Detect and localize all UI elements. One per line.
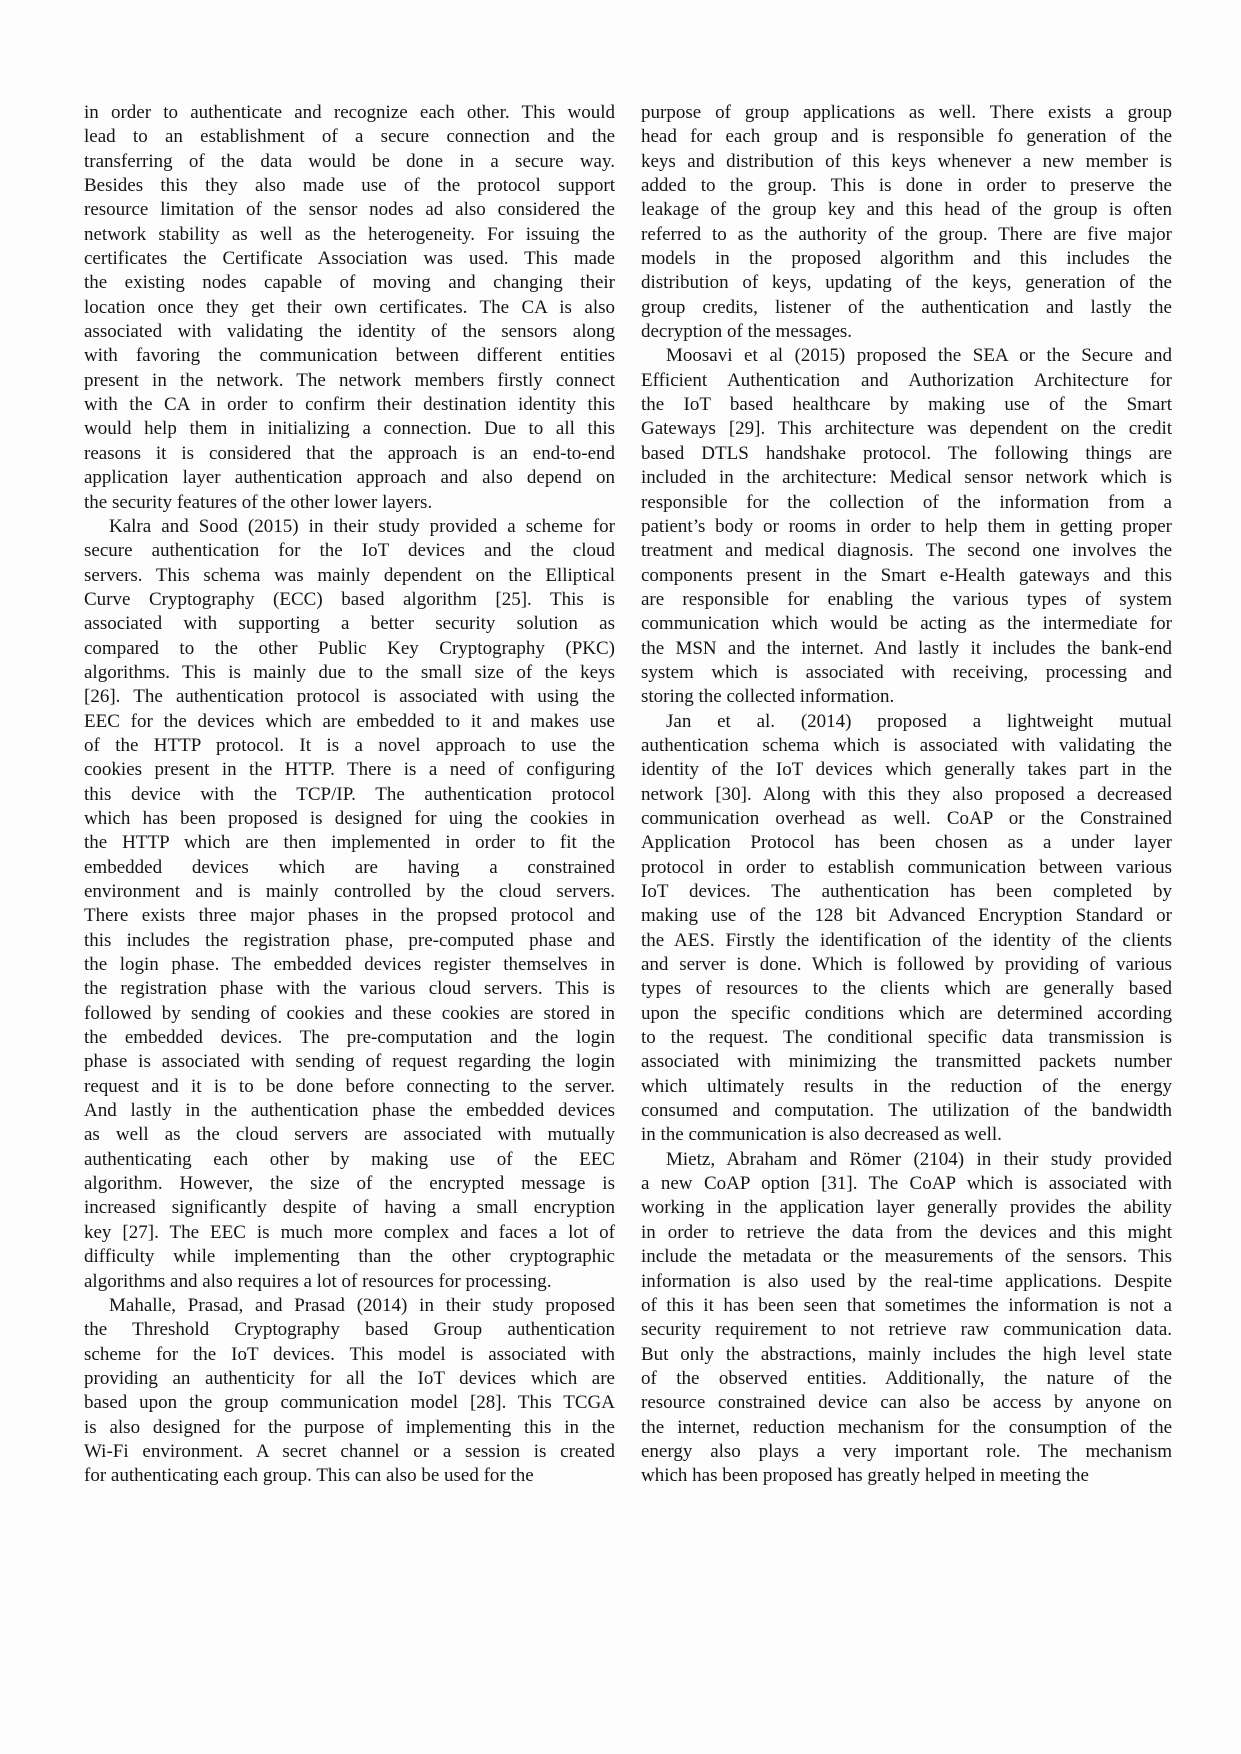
text-line: the Threshold Cryptography based Group a… [84,1318,615,1342]
text-line: decryption of the messages. [641,320,1172,344]
text-line: IoT devices. The authentication has been… [641,880,1172,904]
text-line: algorithms and also requires a lot of re… [84,1270,615,1294]
text-line: as well as the cloud servers are associa… [84,1123,615,1147]
text-line: Application Protocol has been chosen as … [641,831,1172,855]
text-line: communication which would be acting as t… [641,612,1172,636]
text-line: components present in the Smart e-Health… [641,564,1172,588]
text-line: included in the architecture: Medical se… [641,466,1172,490]
text-line: responsible for the collection of the in… [641,491,1172,515]
text-line: security requirement to not retrieve raw… [641,1318,1172,1342]
text-line: based upon the group communication model… [84,1391,615,1415]
page-content: in order to authenticate and recognize e… [84,101,1172,1489]
text-line: are responsible for enabling the various… [641,588,1172,612]
text-line: certificates the Certificate Association… [84,247,615,271]
text-line: of this it has been seen that sometimes … [641,1294,1172,1318]
text-line: authentication schema which is associate… [641,734,1172,758]
text-line: patient’s body or rooms in order to help… [641,515,1172,539]
text-line: with the CA in order to confirm their de… [84,393,615,417]
text-line: the registration phase with the various … [84,977,615,1001]
text-line: making use of the 128 bit Advanced Encry… [641,904,1172,928]
text-line: this device with the TCP/IP. The authent… [84,783,615,807]
text-line: keys and distribution of this keys whene… [641,150,1172,174]
text-line: algorithms. This is mainly due to the sm… [84,661,615,685]
text-line: Gateways [29]. This architecture was dep… [641,417,1172,441]
text-line: distribution of keys, updating of the ke… [641,271,1172,295]
text-line: associated with minimizing the transmitt… [641,1050,1172,1074]
text-line: types of resources to the clients which … [641,977,1172,1001]
text-line: a new CoAP option [31]. The CoAP which i… [641,1172,1172,1196]
text-line: Wi-Fi environment. A secret channel or a… [84,1440,615,1464]
text-line: this includes the registration phase, pr… [84,929,615,953]
text-line: Efficient Authentication and Authorizati… [641,369,1172,393]
text-line: group credits, listener of the authentic… [641,296,1172,320]
text-line: phase is associated with sending of requ… [84,1050,615,1074]
text-line: based DTLS handshake protocol. The follo… [641,442,1172,466]
text-line: network stability as well as the heterog… [84,223,615,247]
text-line: key [27]. The EEC is much more complex a… [84,1221,615,1245]
text-line: But only the abstractions, mainly includ… [641,1343,1172,1367]
text-line: the login phase. The embedded devices re… [84,953,615,977]
text-line: servers. This schema was mainly dependen… [84,564,615,588]
text-line: to the request. The conditional specific… [641,1026,1172,1050]
text-line: difficulty while implementing than the o… [84,1245,615,1269]
text-line: the internet, reduction mechanism for th… [641,1416,1172,1440]
text-line: which has been proposed has greatly help… [641,1464,1172,1488]
text-line: increased significantly despite of havin… [84,1196,615,1220]
text-line: which ultimately results in the reductio… [641,1075,1172,1099]
text-line: environment and is mainly controlled by … [84,880,615,904]
text-line: providing an authenticity for all the Io… [84,1367,615,1391]
text-line: associated with supporting a better secu… [84,612,615,636]
text-line: Besides this they also made use of the p… [84,174,615,198]
text-line: There exists three major phases in the p… [84,904,615,928]
text-line: present in the network. The network memb… [84,369,615,393]
text-line: Kalra and Sood (2015) in their study pro… [84,515,615,539]
text-line: secure authentication for the IoT device… [84,539,615,563]
text-line: communication overhead as well. CoAP or … [641,807,1172,831]
text-line: Jan et al. (2014) proposed a lightweight… [641,710,1172,734]
text-line: the HTTP which are then implemented in o… [84,831,615,855]
text-line: Mietz, Abraham and Römer (2104) in their… [641,1148,1172,1172]
text-line: lead to an establishment of a secure con… [84,125,615,149]
text-line: [26]. The authentication protocol is ass… [84,685,615,709]
text-line: leakage of the group key and this head o… [641,198,1172,222]
text-line: Mahalle, Prasad, and Prasad (2014) in th… [84,1294,615,1318]
text-line: the AES. Firstly the identification of t… [641,929,1172,953]
text-line: embedded devices which are having a cons… [84,856,615,880]
text-line: storing the collected information. [641,685,1172,709]
text-line: in order to retrieve the data from the d… [641,1221,1172,1245]
text-line: request and it is to be done before conn… [84,1075,615,1099]
text-line: the MSN and the internet. And lastly it … [641,637,1172,661]
text-line: for authenticating each group. This can … [84,1464,615,1488]
text-line: in the communication is also decreased a… [641,1123,1172,1147]
text-line: referred to as the authority of the grou… [641,223,1172,247]
text-line: of the observed entities. Additionally, … [641,1367,1172,1391]
text-line: purpose of group applications as well. T… [641,101,1172,125]
text-line: cookies present in the HTTP. There is a … [84,758,615,782]
text-column-left: in order to authenticate and recognize e… [84,101,615,1489]
text-line: the embedded devices. The pre-computatio… [84,1026,615,1050]
text-line: with favoring the communication between … [84,344,615,368]
text-line: working in the application layer general… [641,1196,1172,1220]
text-line: head for each group and is responsible f… [641,125,1172,149]
text-line: algorithm. However, the size of the encr… [84,1172,615,1196]
text-line: system which is associated with receivin… [641,661,1172,685]
text-line: added to the group. This is done in orde… [641,174,1172,198]
text-line: location once they get their own certifi… [84,296,615,320]
text-line: models in the proposed algorithm and thi… [641,247,1172,271]
text-line: Moosavi et al (2015) proposed the SEA or… [641,344,1172,368]
text-column-right: purpose of group applications as well. T… [641,101,1172,1489]
text-line: transferring of the data would be done i… [84,150,615,174]
text-line: scheme for the IoT devices. This model i… [84,1343,615,1367]
text-line: network [30]. Along with this they also … [641,783,1172,807]
text-line: which has been proposed is designed for … [84,807,615,831]
text-line: in order to authenticate and recognize e… [84,101,615,125]
text-line: include the metadata or the measurements… [641,1245,1172,1269]
paper-page: in order to authenticate and recognize e… [0,0,1241,1754]
text-line: associated with validating the identity … [84,320,615,344]
text-line: treatment and medical diagnosis. The sec… [641,539,1172,563]
text-line: the IoT based healthcare by making use o… [641,393,1172,417]
text-line: And lastly in the authentication phase t… [84,1099,615,1123]
text-line: protocol in order to establish communica… [641,856,1172,880]
text-line: reasons it is considered that the approa… [84,442,615,466]
text-line: resource limitation of the sensor nodes … [84,198,615,222]
text-line: upon the specific conditions which are d… [641,1002,1172,1026]
text-line: compared to the other Public Key Cryptog… [84,637,615,661]
text-line: energy also plays a very important role.… [641,1440,1172,1464]
text-line: information is also used by the real-tim… [641,1270,1172,1294]
text-line: Curve Cryptography (ECC) based algorithm… [84,588,615,612]
text-line: and server is done. Which is followed by… [641,953,1172,977]
text-line: of the HTTP protocol. It is a novel appr… [84,734,615,758]
text-line: consumed and computation. The utilizatio… [641,1099,1172,1123]
text-line: resource constrained device can also be … [641,1391,1172,1415]
text-line: the existing nodes capable of moving and… [84,271,615,295]
text-line: would help them in initializing a connec… [84,417,615,441]
text-line: authenticating each other by making use … [84,1148,615,1172]
text-line: application layer authentication approac… [84,466,615,490]
text-line: identity of the IoT devices which genera… [641,758,1172,782]
text-line: is also designed for the purpose of impl… [84,1416,615,1440]
text-line: followed by sending of cookies and these… [84,1002,615,1026]
text-line: the security features of the other lower… [84,491,615,515]
text-line: EEC for the devices which are embedded t… [84,710,615,734]
